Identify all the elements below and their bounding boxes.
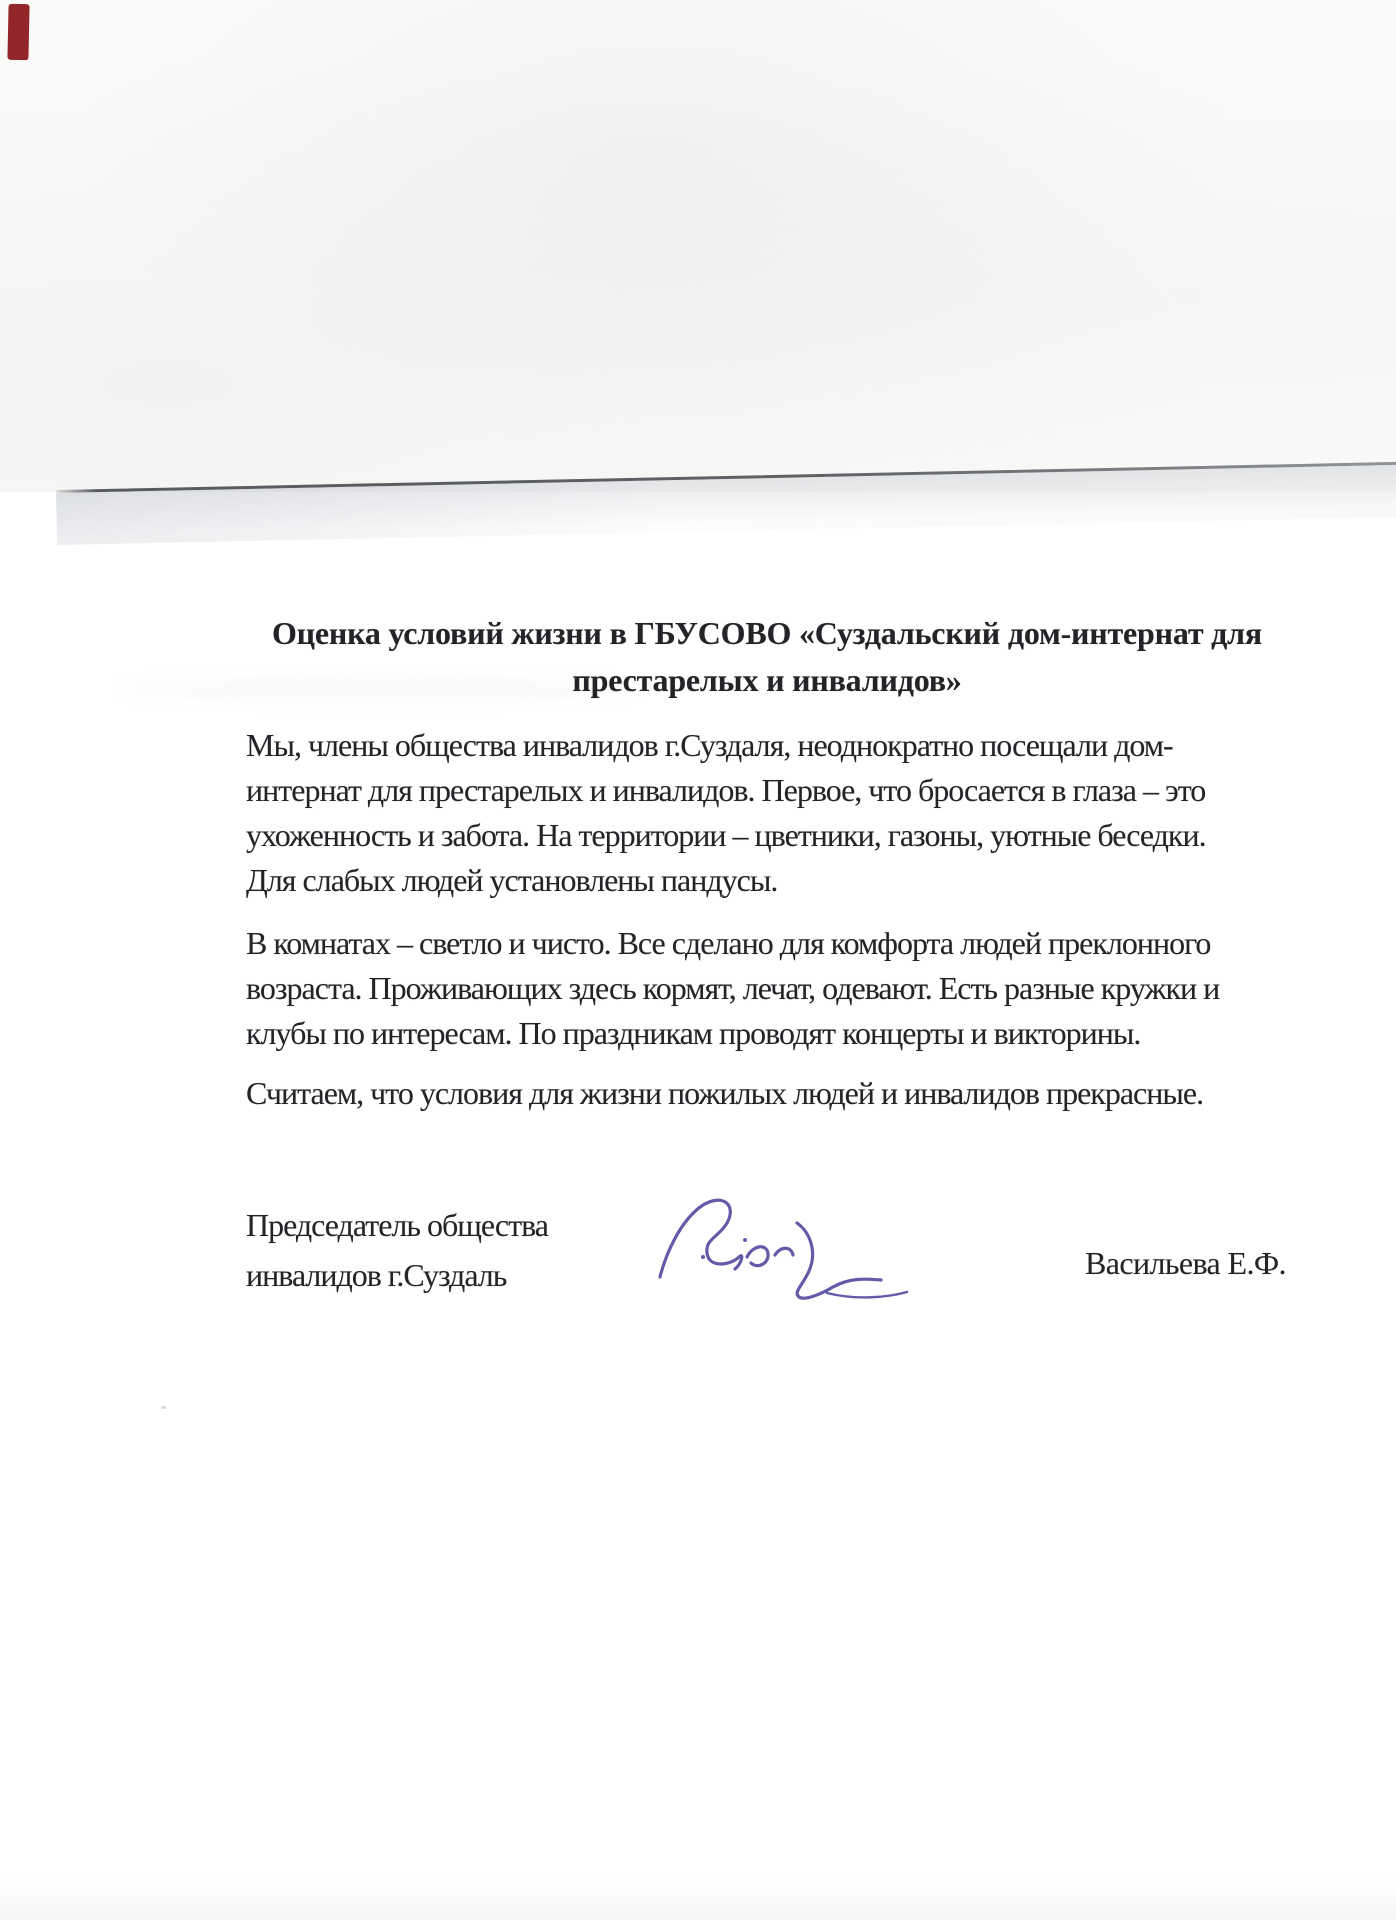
signer-role: Председатель общества инвалидов г.Суздал… <box>246 1200 548 1300</box>
paragraph: Считаем, что условия для жизни пожилых л… <box>246 1071 1326 1116</box>
text-line: возраста. Проживающих здесь кормят, леча… <box>246 966 1326 1011</box>
paragraph: Мы, члены общества инвалидов г.Суздаля, … <box>246 723 1326 903</box>
scanner-background <box>0 0 1396 492</box>
signature-stroke <box>827 1292 907 1297</box>
scanned-document-page: { "scan": { "red_mark_color": "#8c1a1e",… <box>0 0 1396 1920</box>
text-line: В комнатах – светло и чисто. Все сделано… <box>246 921 1326 966</box>
scan-speck <box>161 1406 166 1409</box>
signature-stroke <box>747 1247 768 1266</box>
text-line: Для слабых людей установлены пандусы. <box>246 858 1326 903</box>
ink-dot <box>743 1238 747 1242</box>
document-title-line: Оценка условий жизни в ГБУСОВО «Суздальс… <box>247 610 1287 657</box>
signature-stroke <box>797 1223 881 1298</box>
signer-name: Васильева Е.Ф. <box>1085 1241 1286 1286</box>
text-line: Считаем, что условия для жизни пожилых л… <box>246 1071 1326 1116</box>
red-scan-mark <box>7 4 29 60</box>
text-line: клубы по интересам. По праздникам провод… <box>246 1011 1326 1056</box>
document-title: Оценка условий жизни в ГБУСОВО «Суздальс… <box>247 610 1287 704</box>
text-line: Мы, члены общества инвалидов г.Суздаля, … <box>246 723 1326 768</box>
ink-dot <box>701 1255 705 1259</box>
text-line: инвалидов г.Суздаль <box>246 1250 548 1300</box>
signature-ink <box>645 1193 915 1303</box>
document-title-line: престарелых и инвалидов» <box>247 657 1287 704</box>
scan-bottom-shading <box>0 1874 1396 1920</box>
text-line: интернат для престарелых и инвалидов. Пе… <box>246 768 1326 813</box>
signature-stroke <box>775 1248 793 1255</box>
signature-stroke <box>660 1200 742 1277</box>
paragraph: В комнатах – светло и чисто. Все сделано… <box>246 921 1326 1056</box>
text-line: Председатель общества <box>246 1200 548 1250</box>
text-line: ухоженность и забота. На территории – цв… <box>246 813 1326 858</box>
